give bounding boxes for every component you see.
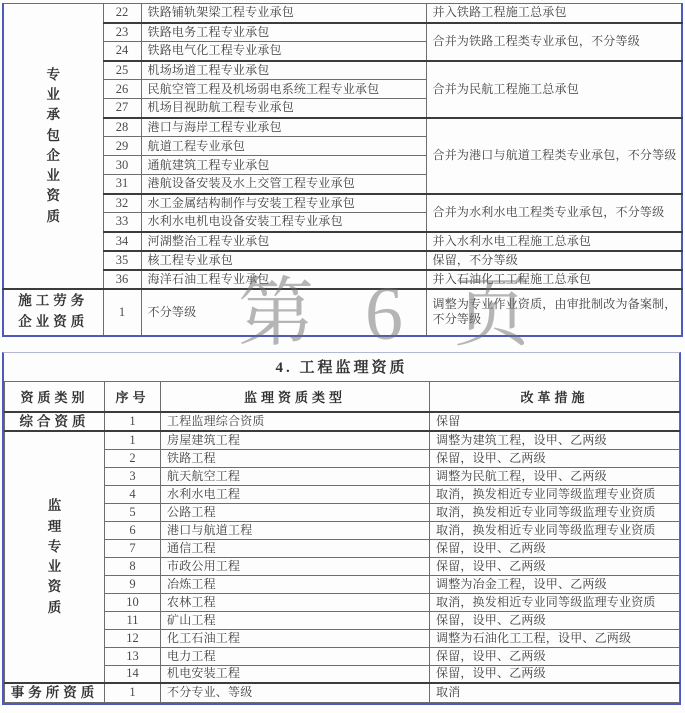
table-row: 4水利水电工程取消，换发相近专业同等级监理专业资质 bbox=[5, 485, 680, 503]
seq-cell: 22 bbox=[103, 4, 141, 23]
qualification-type-cell: 机场场道工程专业承包 bbox=[141, 61, 426, 80]
qualification-type-cell: 房屋建筑工程 bbox=[161, 431, 430, 449]
reform-measure-cell: 调整为建筑工程，设甲、乙两级 bbox=[430, 431, 680, 449]
table-row: 32水工金属结构制作与安装工程专业承包合并为水利水电工程类专业承包，不分等级 bbox=[3, 194, 682, 213]
table-row: 2铁路工程保留，设甲、乙两级 bbox=[5, 449, 680, 467]
qualification-type-cell: 化工石油工程 bbox=[161, 629, 430, 647]
qualification-type-cell: 农林工程 bbox=[161, 593, 430, 611]
seq-cell: 1 bbox=[103, 289, 141, 336]
seq-cell: 7 bbox=[105, 539, 161, 557]
qualification-type-cell: 通信工程 bbox=[161, 539, 430, 557]
table-row: 36海洋石油工程专业承包并入石油化工工程施工总承包 bbox=[3, 270, 682, 289]
section-title: 4. 工程监理资质 bbox=[4, 353, 679, 381]
table-row: 事务所资质1不分专业、等级取消 bbox=[5, 683, 680, 702]
table-row: 监理专业资质1房屋建筑工程调整为建筑工程，设甲、乙两级 bbox=[5, 431, 680, 449]
reform-measure-cell: 并入水利水电工程施工总承包 bbox=[426, 232, 682, 251]
seq-cell: 24 bbox=[103, 42, 141, 61]
table-row: 5公路工程取消，换发相近专业同等级监理专业资质 bbox=[5, 503, 680, 521]
qualification-type-cell: 港口与航道工程 bbox=[161, 521, 430, 539]
seq-cell: 31 bbox=[103, 175, 141, 194]
reform-measure-cell: 保留，设甲、乙两级 bbox=[430, 665, 680, 683]
table-row: 10农林工程取消，换发相近专业同等级监理专业资质 bbox=[5, 593, 680, 611]
category-cell: 监理专业资质 bbox=[5, 431, 105, 683]
reform-measure-cell: 并入铁路工程施工总承包 bbox=[426, 4, 682, 23]
qualification-type-cell: 核工程专业承包 bbox=[141, 251, 426, 270]
seq-cell: 30 bbox=[103, 156, 141, 175]
reform-measure-cell: 取消，换发相近专业同等级监理专业资质 bbox=[430, 521, 680, 539]
table-row: 23铁路电务工程专业承包合并为铁路工程类专业承包，不分等级 bbox=[3, 23, 682, 42]
reform-measure-cell: 保留，设甲、乙两级 bbox=[430, 557, 680, 575]
seq-cell: 27 bbox=[103, 99, 141, 118]
supervision-section: 4. 工程监理资质 资质类别 序号 监理资质类型 改革措施 综合资质1工程监理综… bbox=[2, 352, 681, 705]
category-label: 综合资质 bbox=[5, 413, 104, 431]
table-row: 11矿山工程保留，设甲、乙两级 bbox=[5, 611, 680, 629]
qualification-type-cell: 机场目视助航工程专业承包 bbox=[141, 99, 426, 118]
seq-cell: 6 bbox=[105, 521, 161, 539]
table-row: 28港口与海岸工程专业承包合并为港口与航道工程类专业承包，不分等级 bbox=[3, 118, 682, 137]
seq-cell: 1 bbox=[105, 431, 161, 449]
table-row: 6港口与航道工程取消，换发相近专业同等级监理专业资质 bbox=[5, 521, 680, 539]
seq-cell: 10 bbox=[105, 593, 161, 611]
qualification-type-cell: 海洋石油工程专业承包 bbox=[141, 270, 426, 289]
seq-cell: 12 bbox=[105, 629, 161, 647]
table-header-row: 资质类别 序号 监理资质类型 改革措施 bbox=[5, 382, 680, 412]
table-row: 专业承包企业资质22铁路铺轨架梁工程专业承包并入铁路工程施工总承包 bbox=[3, 4, 682, 23]
qualification-type-cell: 港口与海岸工程专业承包 bbox=[141, 118, 426, 137]
qualification-type-cell: 铁路电气化工程专业承包 bbox=[141, 42, 426, 61]
qualification-type-cell: 矿山工程 bbox=[161, 611, 430, 629]
reform-measure-cell: 取消，换发相近专业同等级监理专业资质 bbox=[430, 593, 680, 611]
qualification-type-cell: 航天航空工程 bbox=[161, 467, 430, 485]
qualification-type-cell: 航道工程专业承包 bbox=[141, 137, 426, 156]
category-label: 监理专业资质 bbox=[47, 496, 62, 618]
reform-measure-cell: 保留 bbox=[430, 412, 680, 432]
table-row: 35核工程专业承包保留，不分等级 bbox=[3, 251, 682, 270]
seq-cell: 33 bbox=[103, 213, 141, 232]
reform-measure-cell: 合并为水利水电工程类专业承包，不分等级 bbox=[426, 194, 682, 232]
seq-cell: 2 bbox=[105, 449, 161, 467]
header-measure: 改革措施 bbox=[430, 382, 680, 412]
reform-measure-cell: 保留，不分等级 bbox=[426, 251, 682, 270]
table-row: 34河湖整治工程专业承包并入水利水电工程施工总承包 bbox=[3, 232, 682, 251]
seq-cell: 9 bbox=[105, 575, 161, 593]
seq-cell: 8 bbox=[105, 557, 161, 575]
seq-cell: 29 bbox=[103, 137, 141, 156]
qualification-type-cell: 铁路铺轨架梁工程专业承包 bbox=[141, 4, 426, 23]
seq-cell: 5 bbox=[105, 503, 161, 521]
qualification-type-cell: 港航设备安装及水上交管工程专业承包 bbox=[141, 175, 426, 194]
qualification-type-cell: 不分专业、等级 bbox=[161, 683, 430, 702]
reform-measure-cell: 合并为港口与航道工程类专业承包，不分等级 bbox=[426, 118, 682, 194]
table-row: 8市政公用工程保留，设甲、乙两级 bbox=[5, 557, 680, 575]
seq-cell: 1 bbox=[105, 683, 161, 702]
table-row: 3航天航空工程调整为民航工程，设甲、乙两级 bbox=[5, 467, 680, 485]
category-cell: 专业承包企业资质 bbox=[3, 4, 103, 289]
reform-measure-cell: 取消，换发相近专业同等级监理专业资质 bbox=[430, 485, 680, 503]
seq-cell: 32 bbox=[103, 194, 141, 213]
reform-measure-cell: 保留，设甲、乙两级 bbox=[430, 449, 680, 467]
reform-measure-cell: 保留，设甲、乙两级 bbox=[430, 611, 680, 629]
seq-cell: 13 bbox=[105, 647, 161, 665]
seq-cell: 25 bbox=[103, 61, 141, 80]
qualification-type-cell: 民航空管工程及机场弱电系统工程专业承包 bbox=[141, 80, 426, 99]
qualification-type-cell: 公路工程 bbox=[161, 503, 430, 521]
category-cell: 事务所资质 bbox=[5, 683, 105, 702]
qualification-type-cell: 工程监理综合资质 bbox=[161, 412, 430, 432]
seq-cell: 3 bbox=[105, 467, 161, 485]
reform-measure-cell: 取消 bbox=[430, 683, 680, 702]
reform-measure-cell: 调整为专业作业资质，由审批制改为备案制，不分等级 bbox=[426, 289, 682, 336]
qualification-type-cell: 机电安装工程 bbox=[161, 665, 430, 683]
seq-cell: 23 bbox=[103, 23, 141, 42]
seq-cell: 34 bbox=[103, 232, 141, 251]
table-row: 25机场场道工程专业承包合并为民航工程施工总承包 bbox=[3, 61, 682, 80]
qualification-type-cell: 河湖整治工程专业承包 bbox=[141, 232, 426, 251]
table-row: 7通信工程保留，设甲、乙两级 bbox=[5, 539, 680, 557]
qualification-type-cell: 通航建筑工程专业承包 bbox=[141, 156, 426, 175]
header-type: 监理资质类型 bbox=[161, 382, 430, 412]
table-row: 12化工石油工程调整为石油化工工程，设甲、乙两级 bbox=[5, 629, 680, 647]
qualification-type-cell: 铁路电务工程专业承包 bbox=[141, 23, 426, 42]
reform-measure-cell: 调整为石油化工工程，设甲、乙两级 bbox=[430, 629, 680, 647]
category-label: 施工劳务企业资质 bbox=[15, 291, 91, 333]
reform-measure-cell: 调整为冶金工程，设甲、乙两级 bbox=[430, 575, 680, 593]
table-row: 9冶炼工程调整为冶金工程，设甲、乙两级 bbox=[5, 575, 680, 593]
qualification-type-cell: 电力工程 bbox=[161, 647, 430, 665]
qualification-type-cell: 水利水电机电设备安装工程专业承包 bbox=[141, 213, 426, 232]
reform-measure-cell: 并入石油化工工程施工总承包 bbox=[426, 270, 682, 289]
seq-cell: 14 bbox=[105, 665, 161, 683]
table-row: 14机电安装工程保留，设甲、乙两级 bbox=[5, 665, 680, 683]
qualification-type-cell: 水利水电工程 bbox=[161, 485, 430, 503]
seq-cell: 11 bbox=[105, 611, 161, 629]
header-seq: 序号 bbox=[105, 382, 161, 412]
qualification-type-cell: 冶炼工程 bbox=[161, 575, 430, 593]
reform-measure-cell: 合并为民航工程施工总承包 bbox=[426, 61, 682, 118]
table-row: 施工劳务企业资质1不分等级调整为专业作业资质，由审批制改为备案制，不分等级 bbox=[3, 289, 682, 336]
category-cell: 综合资质 bbox=[5, 412, 105, 432]
seq-cell: 26 bbox=[103, 80, 141, 99]
reform-measure-cell: 合并为铁路工程类专业承包，不分等级 bbox=[426, 23, 682, 61]
category-label: 专业承包企业资质 bbox=[46, 65, 61, 227]
document-page: 专业承包企业资质22铁路铺轨架梁工程专业承包并入铁路工程施工总承包23铁路电务工… bbox=[0, 0, 685, 713]
qualification-type-cell: 铁路工程 bbox=[161, 449, 430, 467]
table-row: 13电力工程保留，设甲、乙两级 bbox=[5, 647, 680, 665]
qualification-type-cell: 市政公用工程 bbox=[161, 557, 430, 575]
header-category: 资质类别 bbox=[5, 382, 105, 412]
table-row: 综合资质1工程监理综合资质保留 bbox=[5, 412, 680, 432]
reform-measure-cell: 取消，换发相近专业同等级监理专业资质 bbox=[430, 503, 680, 521]
qualification-type-cell: 水工金属结构制作与安装工程专业承包 bbox=[141, 194, 426, 213]
qualification-type-cell: 不分等级 bbox=[141, 289, 426, 336]
seq-cell: 1 bbox=[105, 412, 161, 432]
supervision-qualification-table: 资质类别 序号 监理资质类型 改革措施 综合资质1工程监理综合资质保留监理专业资… bbox=[4, 381, 680, 703]
category-label: 事务所资质 bbox=[5, 684, 104, 702]
seq-cell: 4 bbox=[105, 485, 161, 503]
reform-measure-cell: 调整为民航工程，设甲、乙两级 bbox=[430, 467, 680, 485]
category-cell: 施工劳务企业资质 bbox=[3, 289, 103, 336]
contractor-qualification-table: 专业承包企业资质22铁路铺轨架梁工程专业承包并入铁路工程施工总承包23铁路电务工… bbox=[2, 3, 683, 337]
reform-measure-cell: 保留，设甲、乙两级 bbox=[430, 647, 680, 665]
seq-cell: 35 bbox=[103, 251, 141, 270]
seq-cell: 28 bbox=[103, 118, 141, 137]
reform-measure-cell: 保留，设甲、乙两级 bbox=[430, 539, 680, 557]
seq-cell: 36 bbox=[103, 270, 141, 289]
